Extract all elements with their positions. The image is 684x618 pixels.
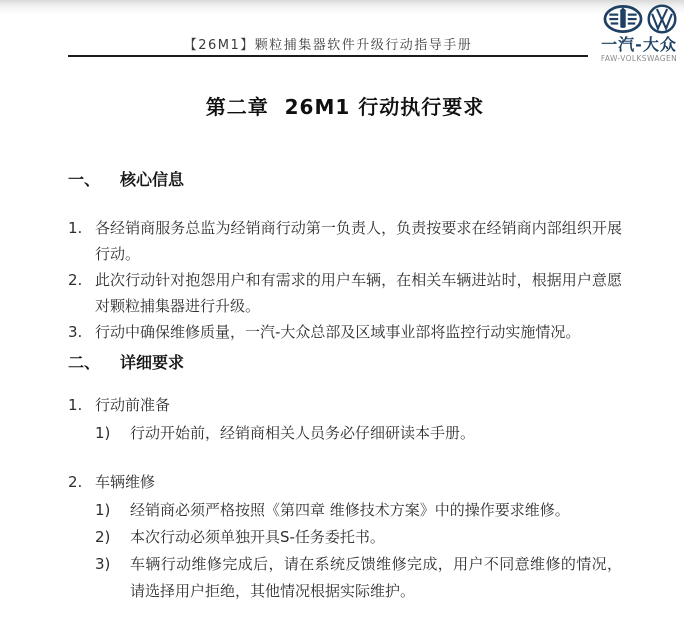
sub-list: 1) 行动开始前，经销商相关人员务必仔细研读本手册。 bbox=[95, 420, 622, 447]
subitem-number: 2) bbox=[95, 524, 110, 551]
subitem-text: 行动开始前，经销商相关人员务必仔细研读本手册。 bbox=[130, 420, 622, 447]
item-number: 2. bbox=[68, 267, 82, 293]
item-number: 1. bbox=[68, 392, 82, 418]
vw-roundel-icon bbox=[647, 4, 677, 34]
subitem-number: 1) bbox=[95, 497, 110, 524]
sub-list-item: 3) 车辆行动维修完成后，请在系统反馈维修完成，用户不同意维修的情况，请选择用户… bbox=[95, 551, 622, 605]
section-heading-detail-req: 二、详细要求 bbox=[68, 353, 622, 373]
document-content: 第二章 26M1 行动执行要求 一、核心信息 1. 各经销商服务总监为经销商行动… bbox=[68, 0, 622, 605]
chapter-title: 第二章 26M1 行动执行要求 bbox=[68, 94, 622, 120]
subitem-text: 本次行动必须单独开具S-任务委托书。 bbox=[130, 524, 622, 551]
list-item: 2. 车辆维修 1) 经销商必须严格按照《第四章 维修技术方案》中的操作要求维修… bbox=[68, 469, 622, 605]
sub-list-item: 2) 本次行动必须单独开具S-任务委托书。 bbox=[95, 524, 622, 551]
sub-list-item: 1) 经销商必须严格按照《第四章 维修技术方案》中的操作要求维修。 bbox=[95, 497, 622, 524]
list-item: 3. 行动中确保维修质量，一汽-大众总部及区域事业部将监控行动实施情况。 bbox=[68, 319, 622, 345]
item-number: 3. bbox=[68, 319, 82, 345]
item-number: 1. bbox=[68, 215, 82, 241]
item-number: 2. bbox=[68, 469, 82, 495]
item-text: 车辆维修 bbox=[95, 469, 622, 495]
section-heading-text: 详细要求 bbox=[120, 353, 184, 372]
manual-page: 【26M1】颗粒捕集器软件升级行动指导手册 bbox=[0, 0, 684, 618]
section-marker: 一、 bbox=[68, 170, 120, 190]
subitem-number: 3) bbox=[95, 551, 110, 578]
list-item: 2. 此次行动针对抱怨用户和有需求的用户车辆，在相关车辆进站时，根据用户意愿对颗… bbox=[68, 267, 622, 319]
core-info-list: 1. 各经销商服务总监为经销商行动第一负责人，负责按要求在经销商内部组织开展行动… bbox=[68, 215, 622, 345]
subitem-number: 1) bbox=[95, 420, 110, 447]
sub-list-item: 1) 行动开始前，经销商相关人员务必仔细研读本手册。 bbox=[95, 420, 622, 447]
section-heading-core-info: 一、核心信息 bbox=[68, 170, 622, 190]
item-text: 此次行动针对抱怨用户和有需求的用户车辆，在相关车辆进站时，根据用户意愿对颗粒捕集… bbox=[95, 267, 622, 319]
list-item: 1. 行动前准备 1) 行动开始前，经销商相关人员务必仔细研读本手册。 bbox=[68, 392, 622, 447]
item-text: 行动前准备 bbox=[95, 392, 622, 418]
section-marker: 二、 bbox=[68, 353, 120, 373]
section-heading-text: 核心信息 bbox=[120, 170, 184, 189]
item-text: 行动中确保维修质量，一汽-大众总部及区域事业部将监控行动实施情况。 bbox=[95, 319, 622, 345]
subitem-text: 车辆行动维修完成后，请在系统反馈维修完成，用户不同意维修的情况，请选择用户拒绝，… bbox=[130, 551, 622, 605]
item-text: 各经销商服务总监为经销商行动第一负责人，负责按要求在经销商内部组织开展行动。 bbox=[95, 215, 622, 267]
list-item: 1. 各经销商服务总监为经销商行动第一负责人，负责按要求在经销商内部组织开展行动… bbox=[68, 215, 622, 267]
subitem-text: 经销商必须严格按照《第四章 维修技术方案》中的操作要求维修。 bbox=[130, 497, 622, 524]
sub-list: 1) 经销商必须严格按照《第四章 维修技术方案》中的操作要求维修。 2) 本次行… bbox=[95, 497, 622, 605]
